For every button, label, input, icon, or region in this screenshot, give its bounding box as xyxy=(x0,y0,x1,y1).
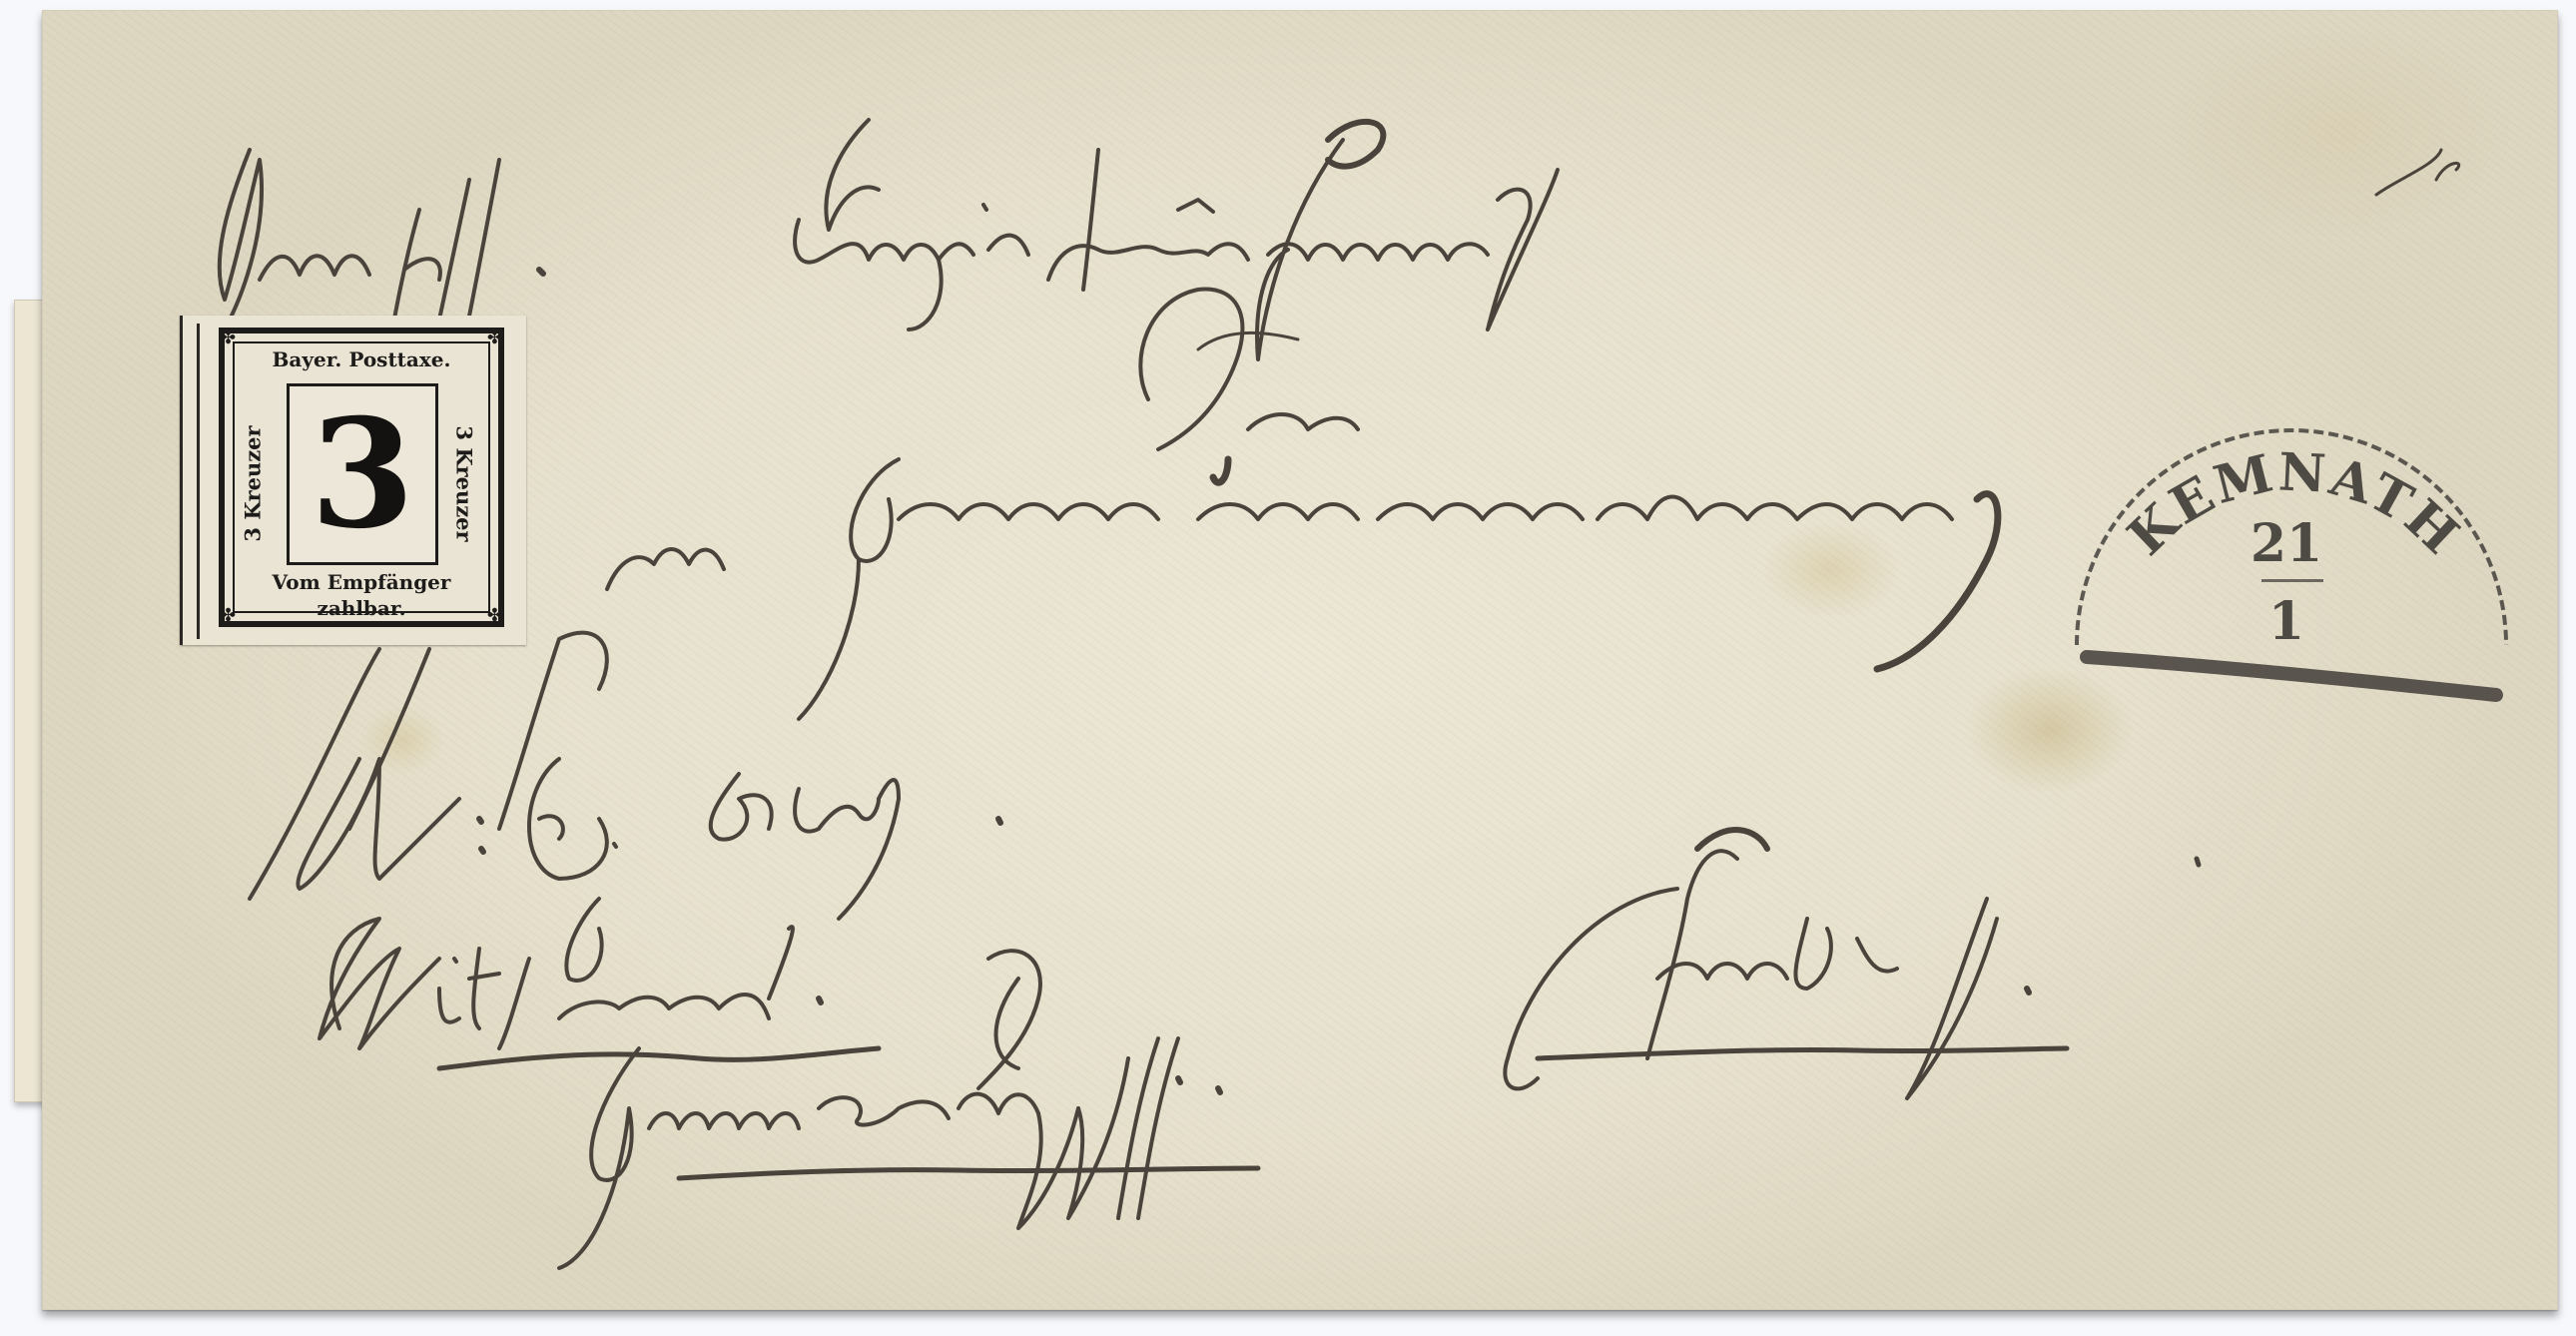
stamp-bottom-text: Vom Empfänger zahlbar. xyxy=(225,569,498,621)
address-line-1 xyxy=(220,120,2459,399)
stamp-left-text: 3 Kreuzer xyxy=(241,394,266,574)
stamp-margin-rule xyxy=(197,324,200,639)
postage-due-stamp: ✤ ✤ ✤ ✤ Bayer. Posttaxe. 3 3 Kreuzer 3 K… xyxy=(180,316,526,645)
postmark-day: 21 xyxy=(2057,513,2516,574)
enclosure-note xyxy=(320,899,1040,1088)
stamp-bottom-line-1: Vom Empfänger xyxy=(225,569,498,595)
scanned-letter-scene: ✤ ✤ ✤ ✤ Bayer. Posttaxe. 3 3 Kreuzer 3 K… xyxy=(0,0,2576,1336)
stamp-right-text: 3 Kreuzer xyxy=(452,394,477,574)
stamp-top-text: Bayer. Posttaxe. xyxy=(225,347,498,371)
destination-name xyxy=(1505,830,2199,1098)
stamp-value: 3 xyxy=(311,399,414,549)
address-line-2 xyxy=(1140,290,1358,483)
ornament-icon: ✤ xyxy=(221,330,236,347)
reference-annotations xyxy=(250,633,1000,919)
postmark-date-separator xyxy=(2261,579,2323,582)
stamp-value-box: 3 xyxy=(287,383,438,565)
ornament-icon: ✤ xyxy=(487,330,502,347)
address-line-3 xyxy=(607,459,1998,719)
postmark-month: 1 xyxy=(2057,591,2516,652)
kemnath-postmark: KEMNATH 21 1 xyxy=(2057,395,2516,735)
return-note xyxy=(559,1038,1258,1268)
stamp-frame: ✤ ✤ ✤ ✤ Bayer. Posttaxe. 3 3 Kreuzer 3 K… xyxy=(219,328,504,627)
stamp-bottom-line-2: zahlbar. xyxy=(225,595,498,621)
